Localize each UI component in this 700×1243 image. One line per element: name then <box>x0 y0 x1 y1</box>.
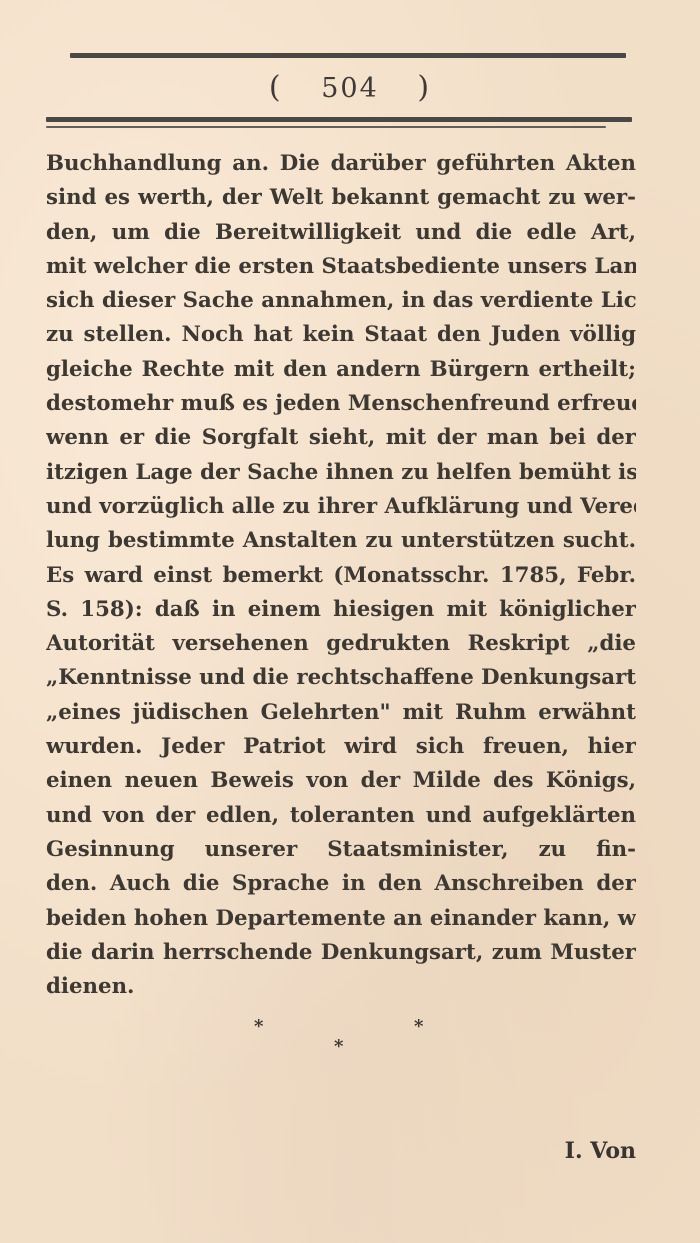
text-line: einen neuen Beweis von der Milde des Kön… <box>46 764 636 798</box>
star-icon: * <box>254 1016 263 1037</box>
header-rule-thick <box>46 117 632 122</box>
text-line: und von der edlen, toleranten und aufgek… <box>46 799 636 833</box>
page-number-header: ( 504 ) <box>0 70 700 105</box>
text-line: sind es werth, der Welt bekannt gemacht … <box>46 181 636 215</box>
text-line: „Kenntnisse und die rechtschaffene Denku… <box>46 661 636 695</box>
close-paren: ) <box>417 70 431 105</box>
text-line: mit welcher die ersten Staatsbediente un… <box>46 250 636 284</box>
header-rule-thin <box>46 126 606 128</box>
text-line: Es ward einst bemerkt (Monatsschr. 1785,… <box>46 559 636 593</box>
text-line: Autorität versehenen gedrukten Reskript … <box>46 627 636 661</box>
star-icon: * <box>334 1036 343 1057</box>
text-line: wurden. Jeder Patriot wird sich freuen, … <box>46 730 636 764</box>
body-text: Buchhandlung an. Die darüber geführten A… <box>46 147 636 1004</box>
text-line: itzigen Lage der Sache ihnen zu helfen b… <box>46 456 636 490</box>
text-line: wenn er die Sorgfalt sieht, mit der man … <box>46 421 636 455</box>
open-paren: ( <box>269 70 283 105</box>
text-line: „eines jüdischen Gelehrten" mit Ruhm erw… <box>46 696 636 730</box>
text-line: den. Auch die Sprache in den Anschreiben… <box>46 867 636 901</box>
text-line: den, um die Bereitwilligkeit und die edl… <box>46 216 636 250</box>
text-line: S. 158): daß in einem hiesigen mit könig… <box>46 593 636 627</box>
text-line: dienen. <box>46 970 636 1004</box>
page-number: 504 <box>321 73 379 104</box>
asterism-ornament: * * * <box>0 1010 700 1060</box>
text-line: zu stellen. Noch hat kein Staat den Jude… <box>46 318 636 352</box>
text-line: die darin herrschende Denkungsart, zum M… <box>46 936 636 970</box>
text-line: lung bestimmte Anstalten zu unterstützen… <box>46 524 636 558</box>
book-page: ( 504 ) Buchhandlung an. Die darüber gef… <box>0 0 700 1243</box>
text-line: Gesinnung unserer Staatsminister, zu fin… <box>46 833 636 867</box>
text-line: Buchhandlung an. Die darüber geführten A… <box>46 147 636 181</box>
star-icon: * <box>414 1016 423 1037</box>
text-line: und vorzüglich alle zu ihrer Aufklärung … <box>46 490 636 524</box>
text-line: beiden hohen Departemente an einander ka… <box>46 902 636 936</box>
catchword: I. Von <box>565 1138 636 1164</box>
text-line: sich dieser Sache annahmen, in das verdi… <box>46 284 636 318</box>
text-line: gleiche Rechte mit den andern Bürgern er… <box>46 353 636 387</box>
text-line: destomehr muß es jeden Menschenfreund er… <box>46 387 636 421</box>
header-rule-top <box>70 53 626 58</box>
